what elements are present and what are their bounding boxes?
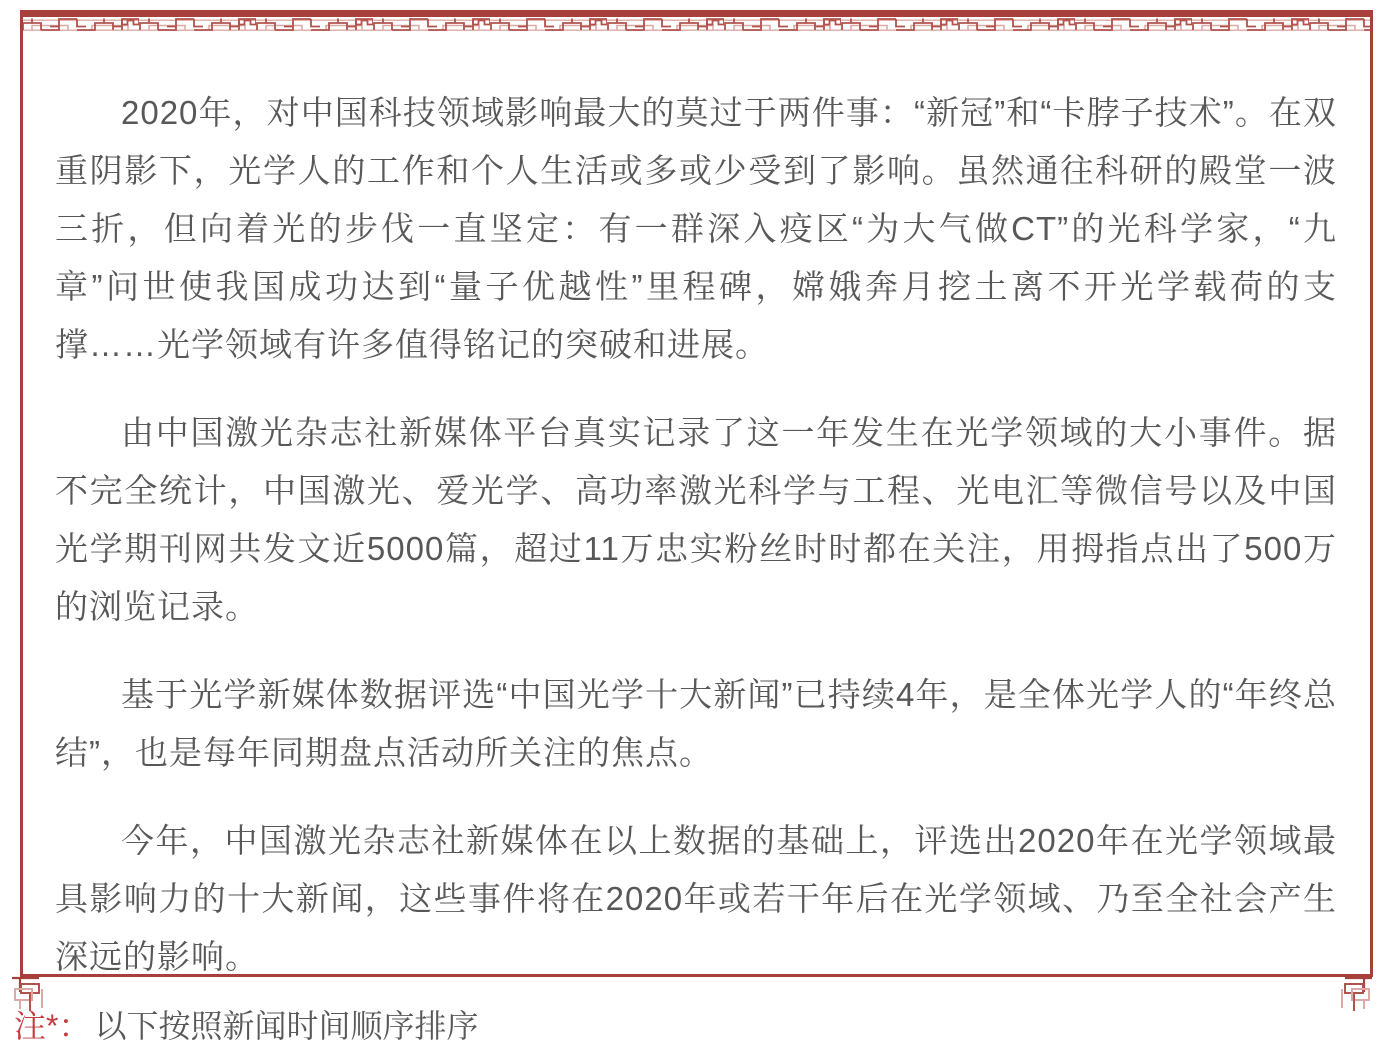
body-paragraph-1: 2020年，对中国科技领域影响最大的莫过于两件事：“新冠”和“卡脖子技术”。在双… [55, 84, 1337, 374]
footnote-text: 以下按照新闻时间顺序排序 [94, 1008, 478, 1044]
article-body: 2020年，对中国科技领域影响最大的莫过于两件事：“新冠”和“卡脖子技术”。在双… [55, 84, 1337, 1016]
bottom-right-ornament-icon [1335, 976, 1373, 1012]
body-paragraph-2: 由中国激光杂志社新媒体平台真实记录了这一年发生在光学领域的大小事件。据不完全统计… [55, 404, 1337, 636]
body-paragraph-3: 基于光学新媒体数据评选“中国光学十大新闻”已持续4年，是全体光学人的“年终总结”… [55, 666, 1337, 782]
footnote-label: 注*： [14, 1008, 90, 1044]
footnote: 注*：以下按照新闻时间顺序排序 [14, 1006, 478, 1046]
body-paragraph-4: 今年，中国激光杂志社新媒体在以上数据的基础上，评选出2020年在光学领域最具影响… [55, 812, 1337, 986]
